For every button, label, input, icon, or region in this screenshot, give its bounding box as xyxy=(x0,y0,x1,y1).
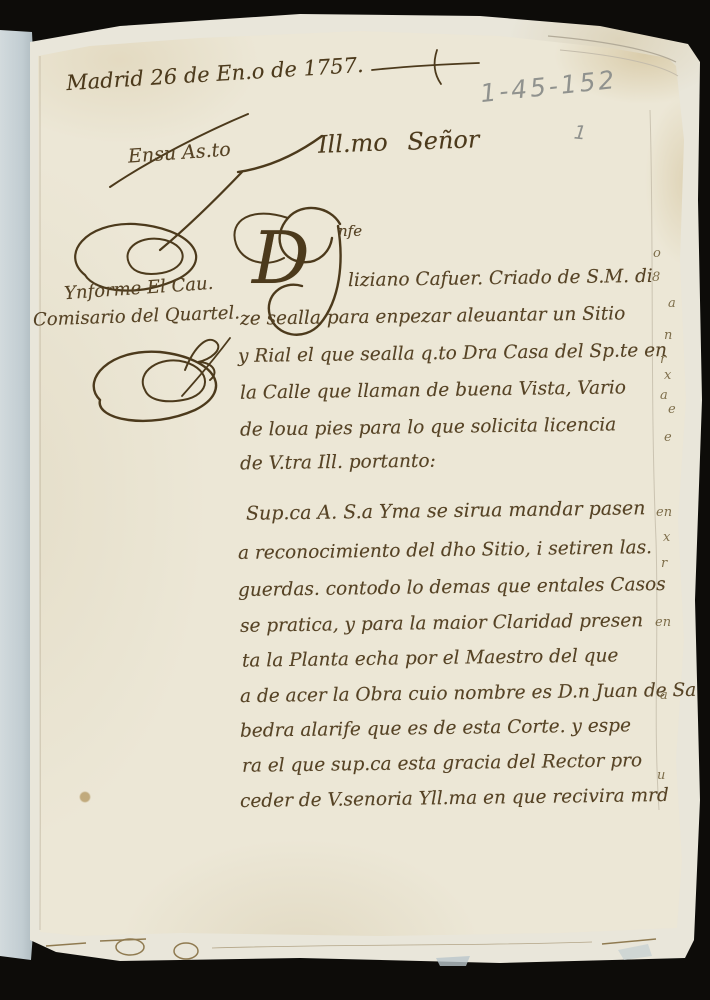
body-line: liziano Cafuer. Criado de S.M. di xyxy=(348,266,653,291)
edge-fragment: x xyxy=(664,368,671,383)
edge-fragment: u xyxy=(657,768,665,783)
edge-fragment: n xyxy=(664,328,672,343)
paragraph1-initial-superscript: nfe xyxy=(338,222,362,240)
edge-fragment: r xyxy=(660,352,666,367)
edge-fragment: o xyxy=(653,246,661,261)
edge-fragment: en xyxy=(655,615,671,630)
edge-fragment: e xyxy=(664,430,672,445)
edge-fragment: a xyxy=(660,688,668,703)
edge-fragment: 8 xyxy=(652,270,660,285)
paragraph1-initial: D xyxy=(252,216,310,300)
edge-fragment: en xyxy=(656,505,672,520)
edge-fragment: r xyxy=(661,556,667,571)
body-line: de V.tra Ill. portanto: xyxy=(240,451,436,475)
edge-fragment: x xyxy=(663,530,670,545)
edge-fragment: e xyxy=(668,402,676,417)
pencil-folio-number: 1 xyxy=(573,121,587,144)
salutation: Ill.mo Señor xyxy=(318,125,480,159)
edge-fragment: a xyxy=(660,388,668,403)
edge-fragment: a xyxy=(668,296,676,311)
manuscript-scan: 1-45-152 1 Madrid 26 de En.o de 1757. En… xyxy=(0,0,710,1000)
